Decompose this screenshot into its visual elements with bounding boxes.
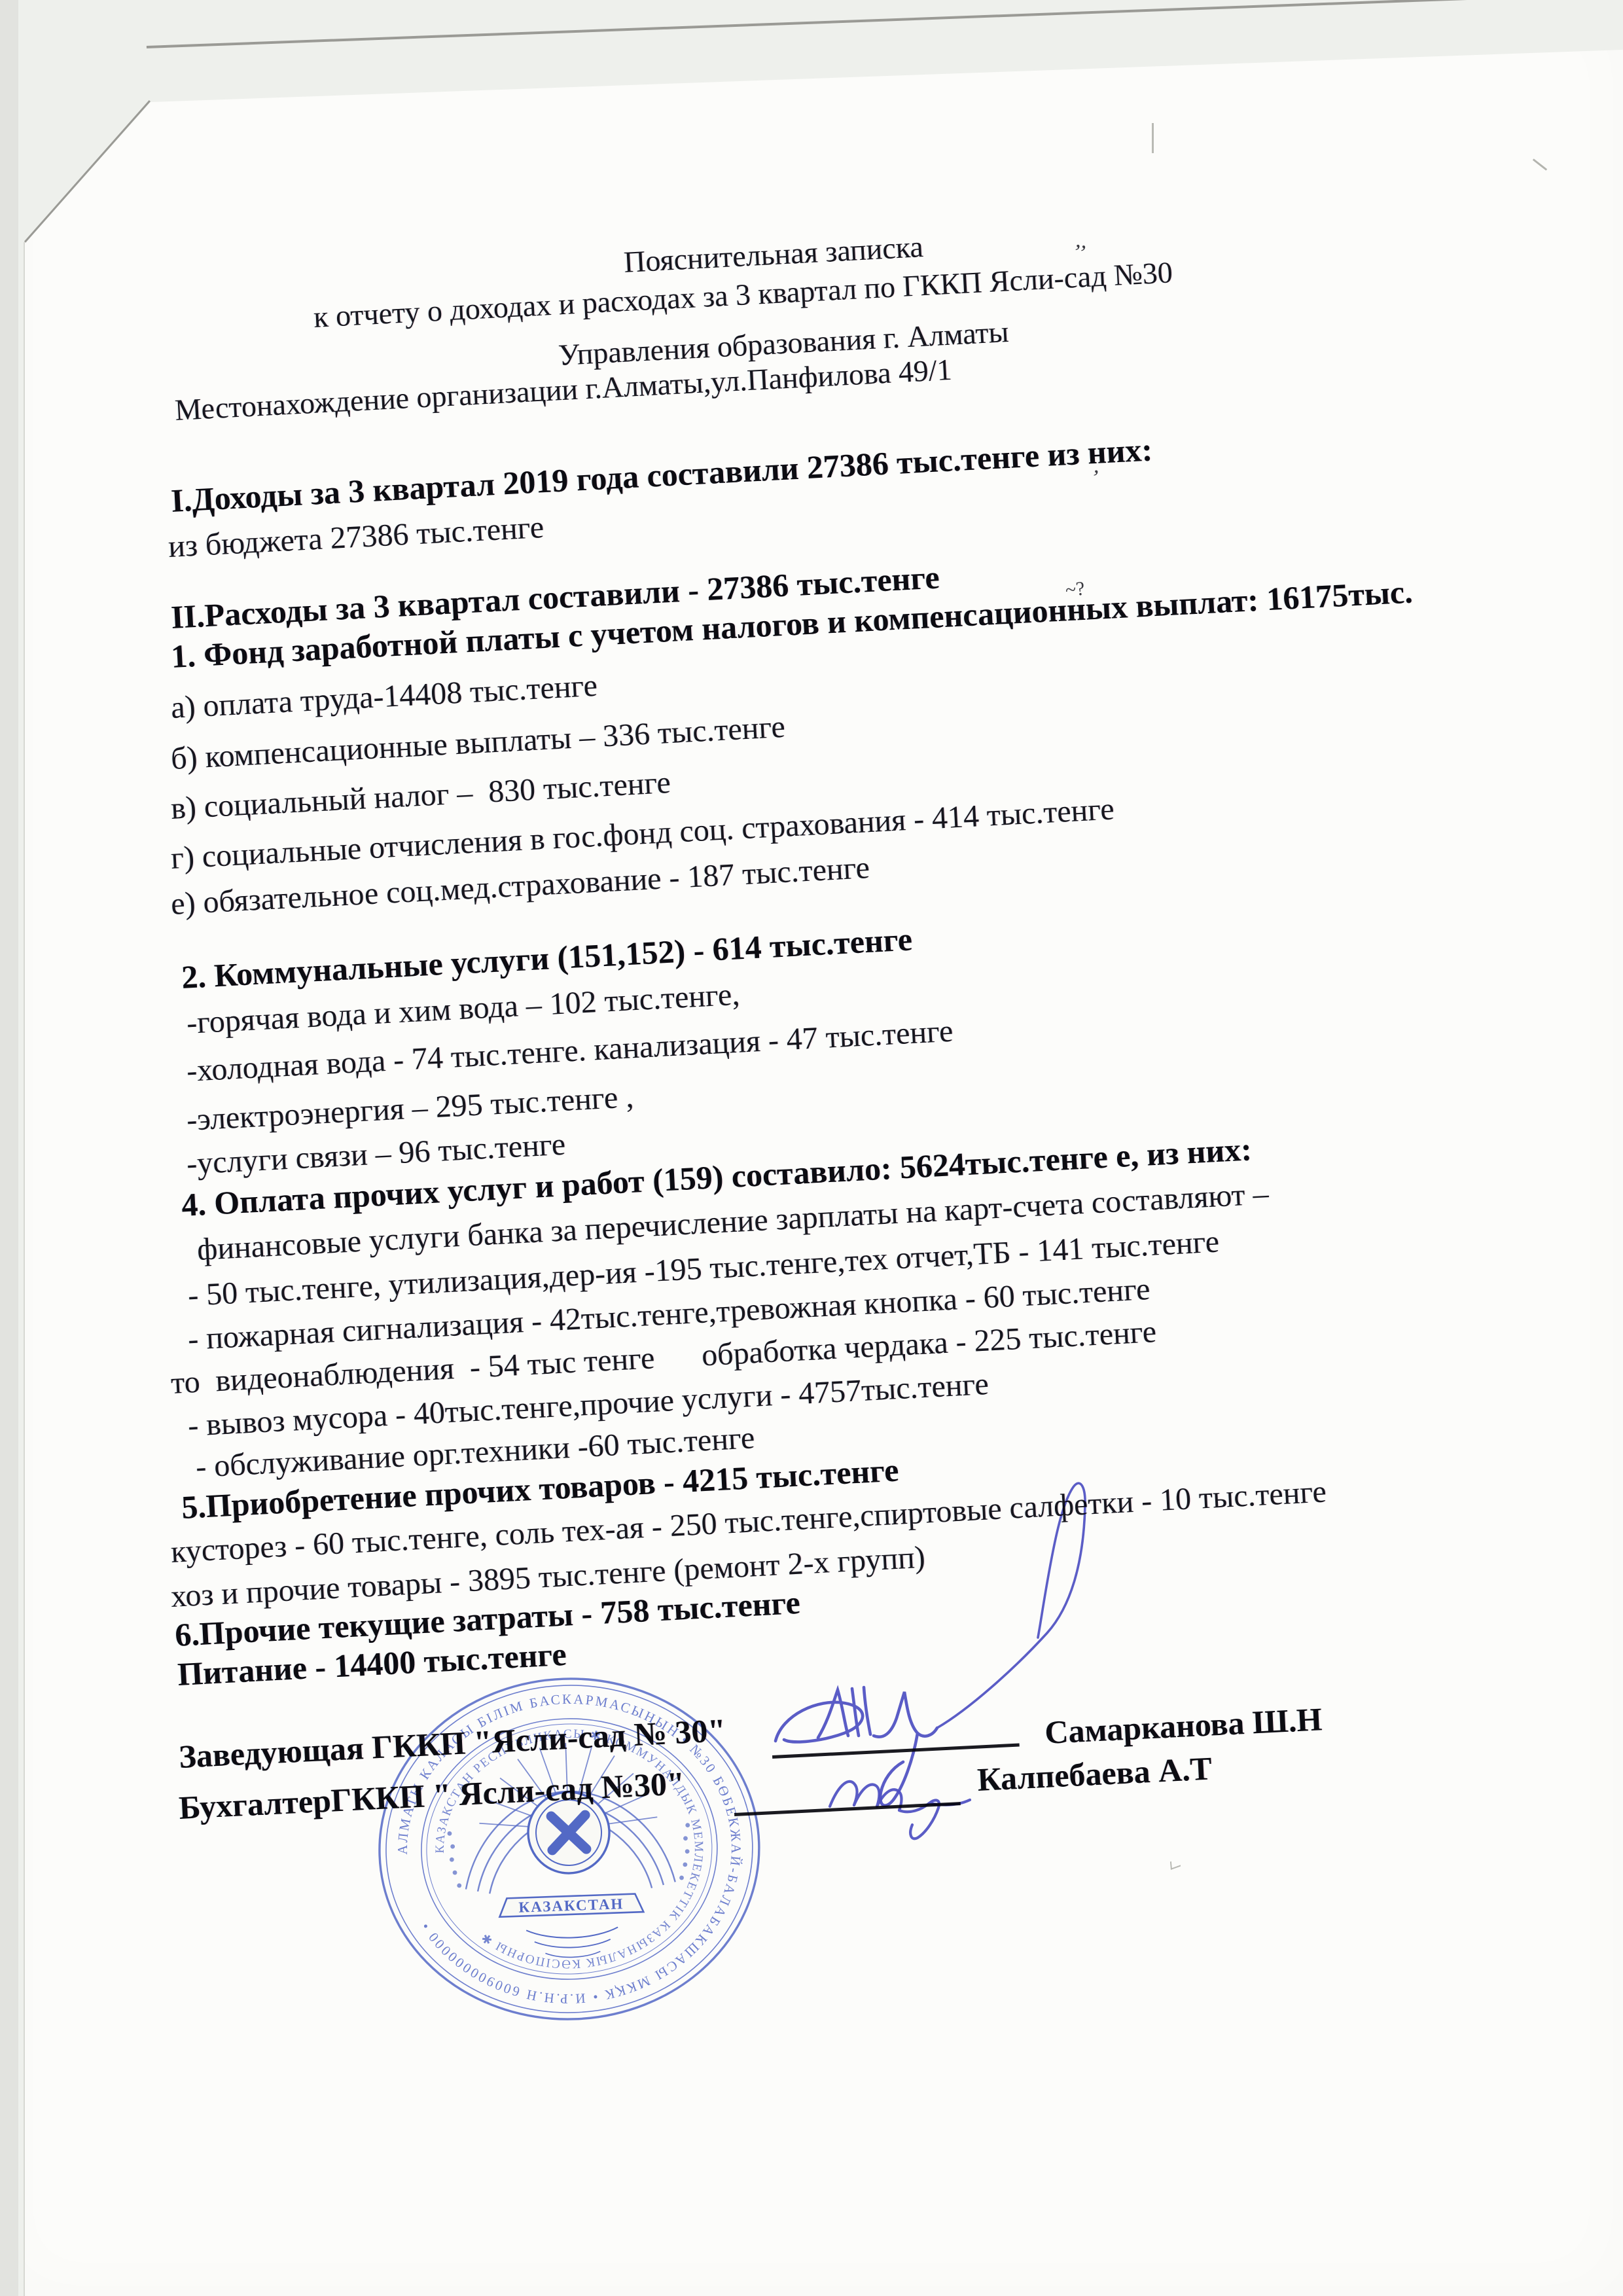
signature-stroke-director — [776, 1483, 1085, 1805]
paper-left-edge — [24, 242, 25, 2296]
paper-top-edge — [147, 0, 1623, 48]
handwritten-signatures — [622, 1407, 1185, 1918]
scanned-document-page: { "document": { "lines": [ {"text": "Поя… — [0, 0, 1623, 2296]
scanner-background-strip — [0, 0, 18, 2296]
scan-artifact-vertical-line — [1152, 123, 1154, 153]
stamp-emblem-shanyrak — [527, 1791, 611, 1874]
